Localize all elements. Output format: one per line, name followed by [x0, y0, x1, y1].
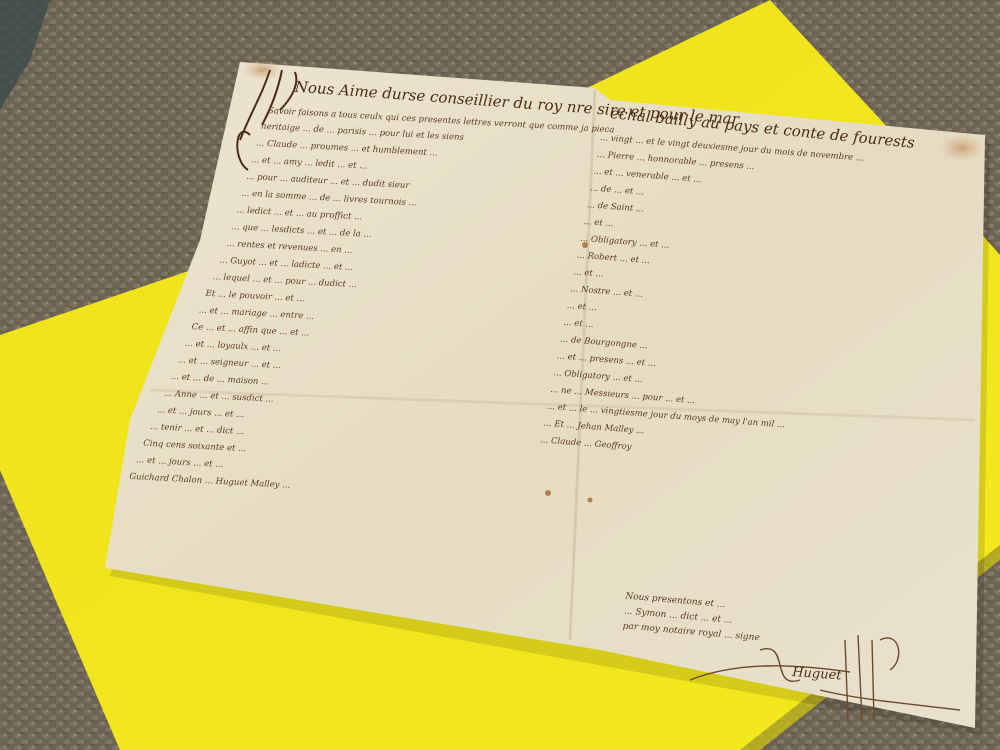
- stain-top-left: [242, 60, 282, 80]
- stain-dot-3: [588, 498, 593, 503]
- stain-dot-2: [545, 490, 551, 496]
- scene-svg: Nous Aime durse conseillier du roy nre s…: [0, 0, 1000, 750]
- stain-top-right: [938, 134, 986, 162]
- photo-scene: Nous Aime durse conseillier du roy nre s…: [0, 0, 1000, 750]
